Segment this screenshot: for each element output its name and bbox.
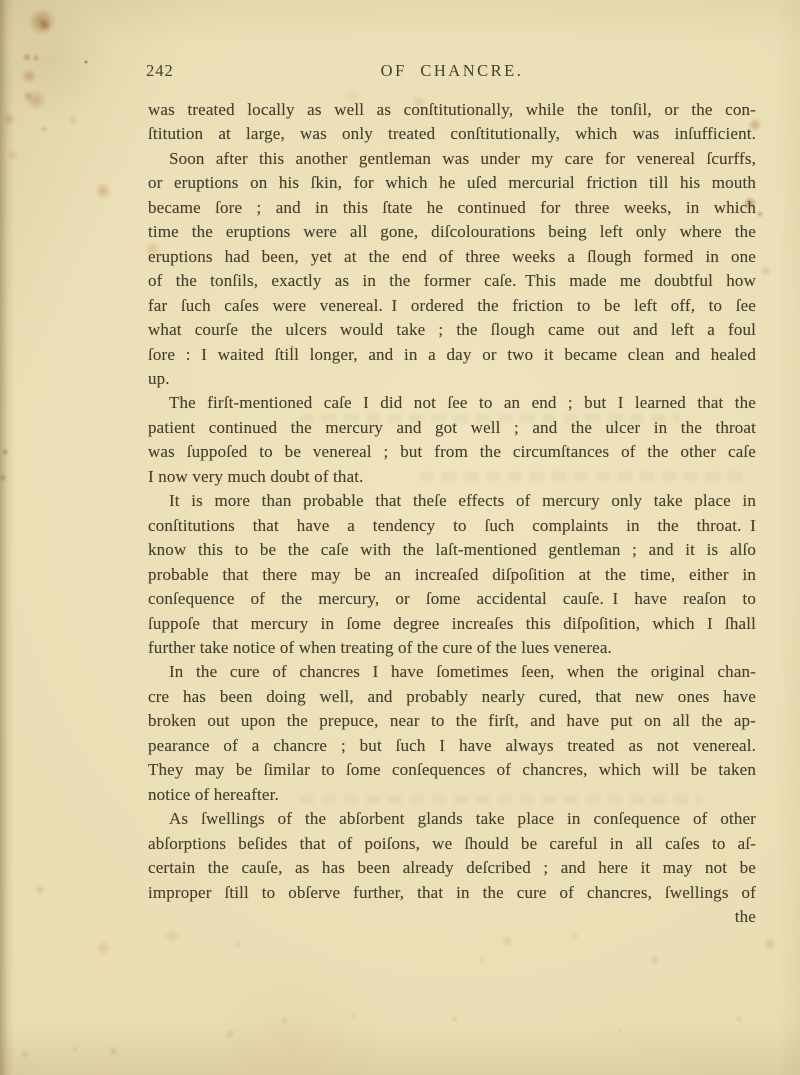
text-line: became ſore ; and in this ſtate he conti… [148,196,756,220]
text-line: or eruptions on his ſkin, for which he u… [148,171,756,195]
text-line: notice of hereafter. [148,783,756,807]
text-line: improper ſtill to obſerve further, that … [148,881,756,905]
text-line: conſequence of the mercury, or ſome acci… [148,587,756,611]
text-line: They may be ſimilar to ſome conſequences… [148,758,756,782]
text-line: time the eruptions were all gone, diſcol… [148,220,756,244]
text-line: patient continued the mercury and got we… [148,416,756,440]
text-line: conſtitutions that have a tendency to ſu… [148,514,756,538]
text-line: The firſt-mentioned caſe I did not ſee t… [148,391,756,415]
text-line: cre has been doing well, and probably ne… [148,685,756,709]
text-line: ſtitution at large, was only treated con… [148,122,756,146]
text-line: probable that there may be an increaſed … [148,563,756,587]
text-line: As ſwellings of the abſorbent glands tak… [148,807,756,831]
text-line: know this to be the caſe with the laſt-m… [148,538,756,562]
text-line: Soon after this another gentleman was un… [148,147,756,171]
text-line: what courſe the ulcers would take ; the … [148,318,756,342]
running-title: OF CHANCRE. [148,61,756,81]
text-line: In the cure of chancres I have ſometimes… [148,660,756,684]
page-header: 242 OF CHANCRE. [148,61,756,83]
text-line: eruptions had been, yet at the end of th… [148,245,756,269]
text-line: further take notice of when treating of … [148,636,756,660]
book-page-scan: 242 OF CHANCRE. was treated locally as w… [0,0,800,1075]
text-line: of the tonſils, exactly as in the former… [148,269,756,293]
text-line: certain the cauſe, as has been already d… [148,856,756,880]
text-line: It is more than probable that theſe effe… [148,489,756,513]
catchword: the [148,905,756,929]
text-line: ſore : I waited ſtill longer, and in a d… [148,343,756,367]
text-line: was ſuppoſed to be venereal ; but from t… [148,440,756,464]
text-line: I now very much doubt of that. [148,465,756,489]
text-line: was treated locally as well as conſtitut… [148,98,756,122]
text-line: up. [148,367,756,391]
text-line: ſuppoſe that mercury in ſome degree incr… [148,612,756,636]
text-line: abſorptions beſides that of poiſons, we … [148,832,756,856]
text-line: broken out upon the prepuce, near to the… [148,709,756,733]
text-block: was treated locally as well as conſtitut… [148,98,756,929]
page-edge-shadow [0,0,14,1075]
text-line: far ſuch caſes were venereal. I ordered … [148,294,756,318]
text-line: pearance of a chancre ; but ſuch I have … [148,734,756,758]
